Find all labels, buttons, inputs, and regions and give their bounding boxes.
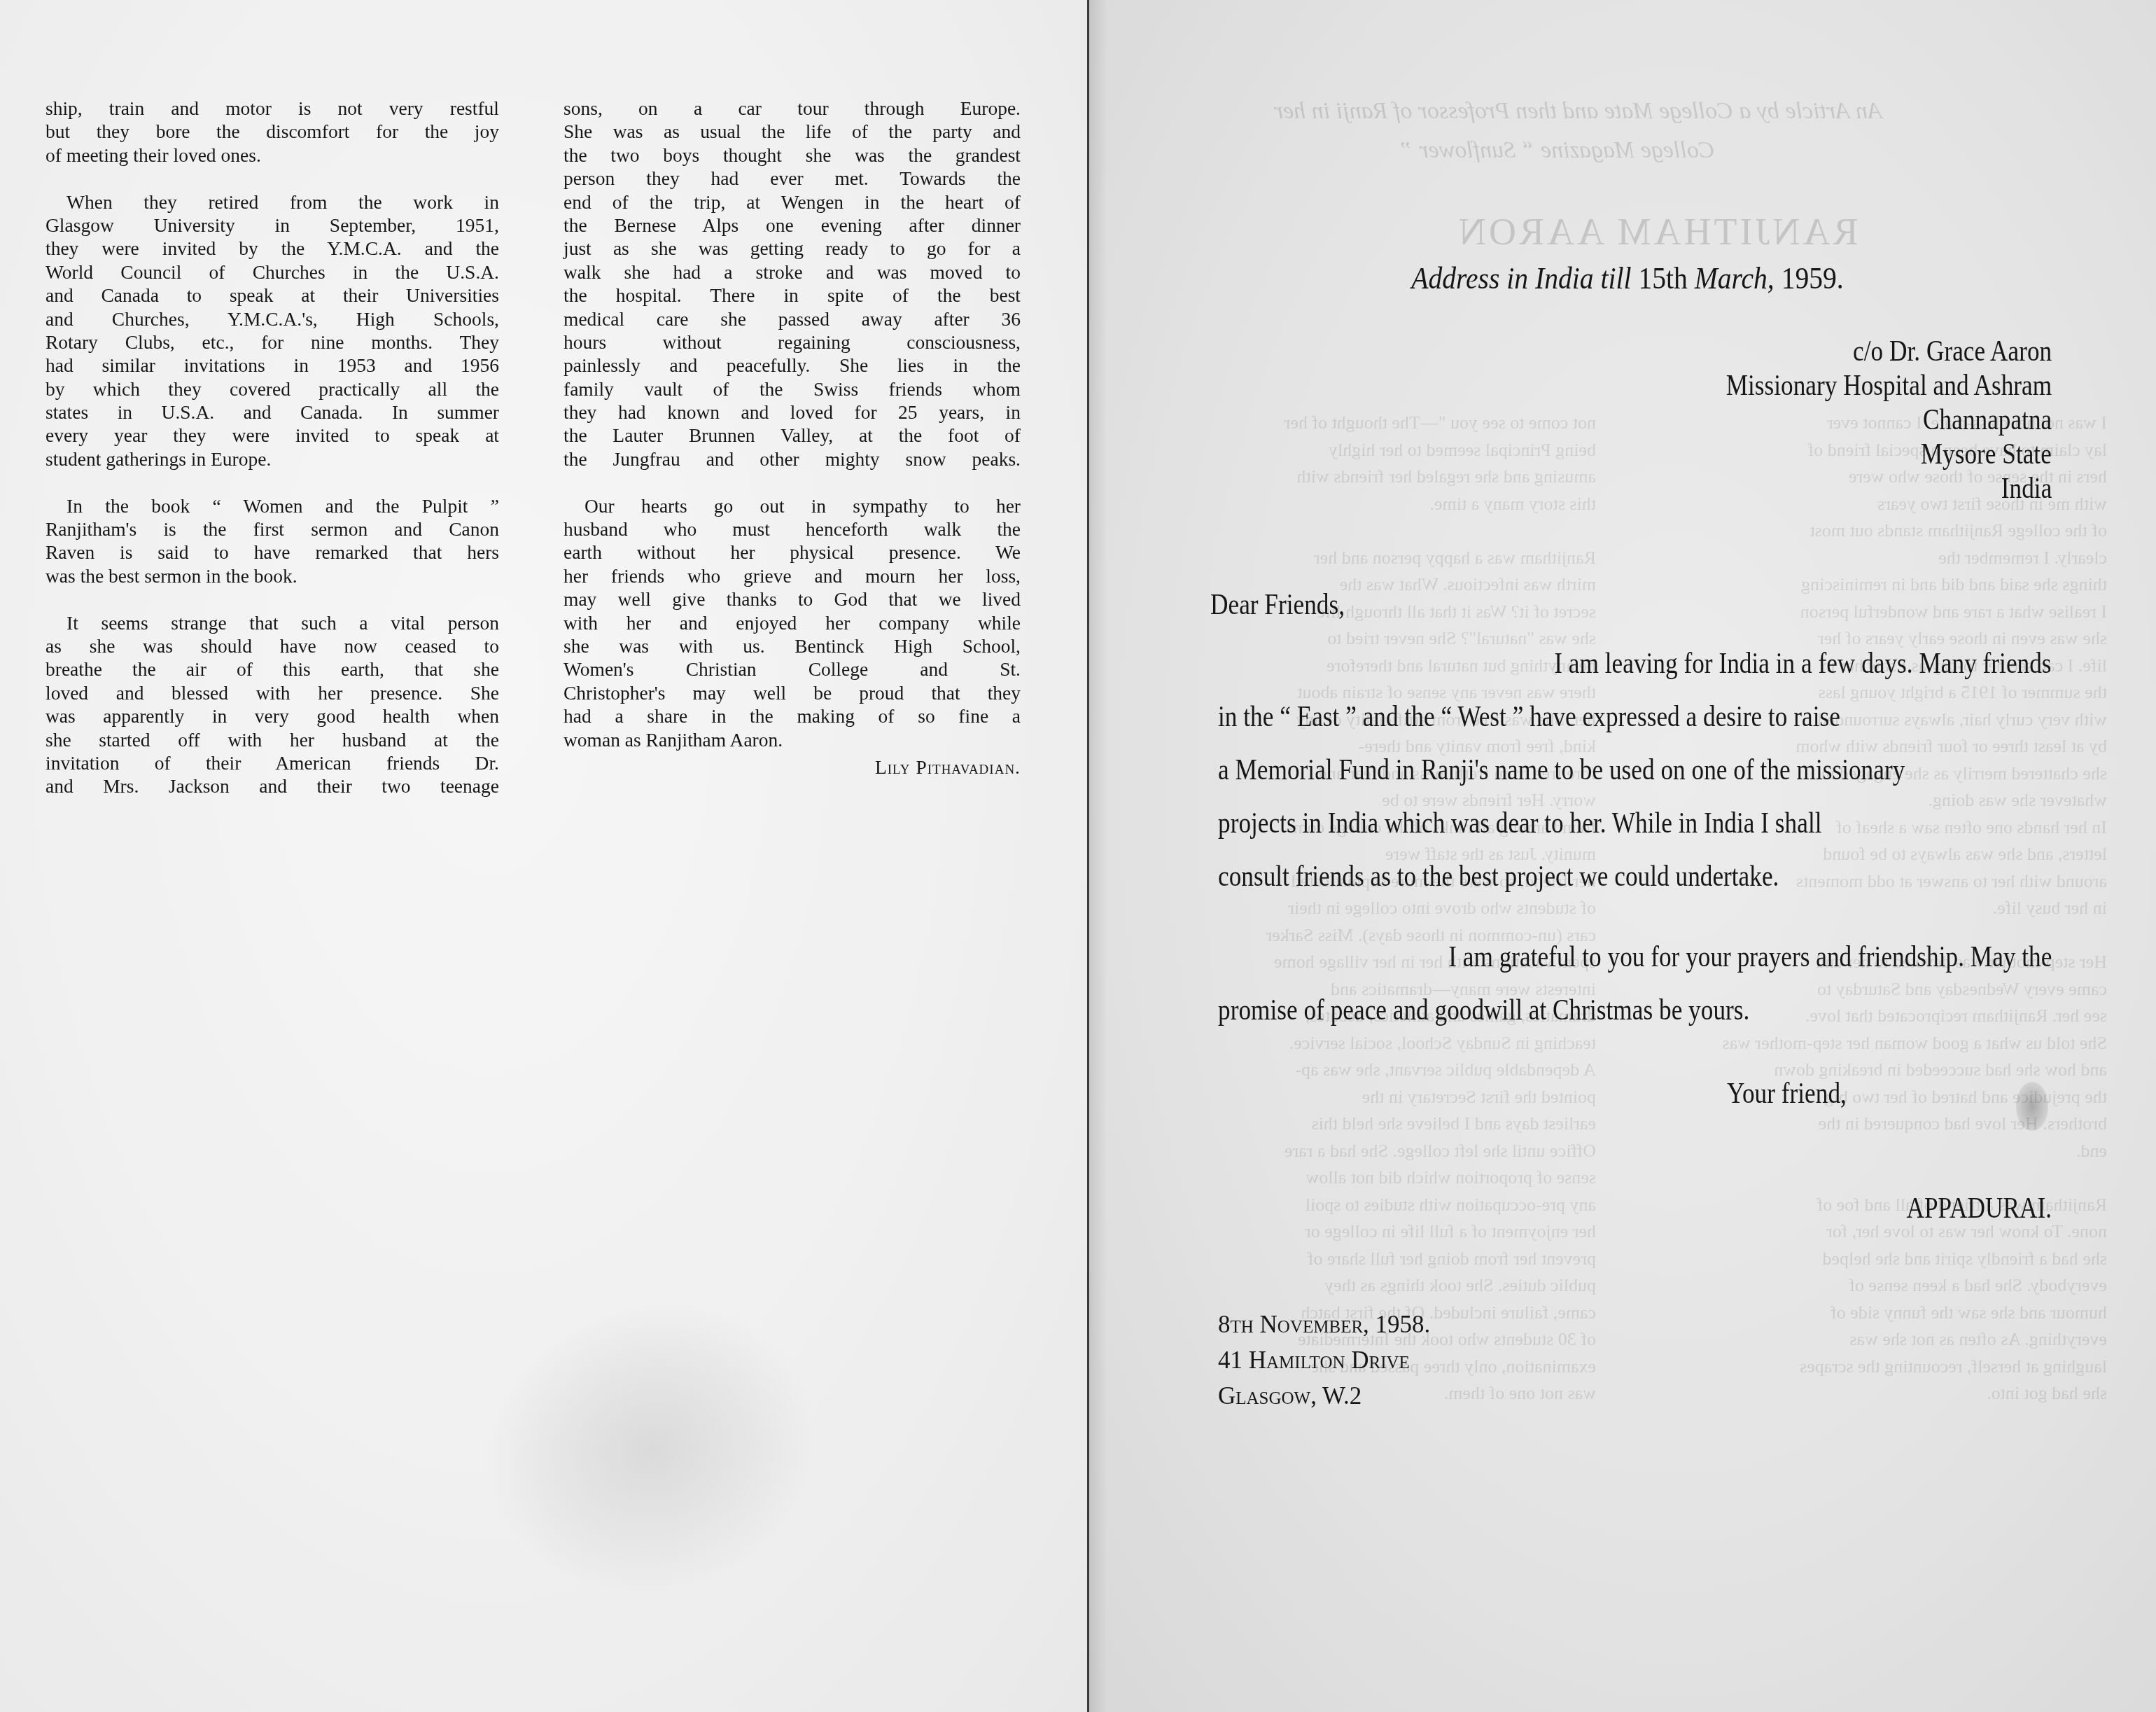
paragraph: sons, on a car tour through Europe. She … <box>563 97 1021 471</box>
text-line: and Canada to speak at their Universitie… <box>45 284 499 307</box>
text-line: was apparently in very good health when <box>45 704 499 728</box>
paragraph: ship, train and motor is not very restfu… <box>45 97 499 167</box>
text-line: had a share in the making of so fine a <box>563 704 1021 728</box>
text-line: breathe the air of this earth, that she <box>45 657 499 681</box>
letter-line: in the “ East ” and the “ West ” have ex… <box>1218 696 2052 749</box>
text-line: In the book “ Women and the Pulpit ” <box>45 494 499 517</box>
letter-line: a Memorial Fund in Ranji's name to be us… <box>1218 749 2052 802</box>
letter-gratitude: I am grateful to you for your prayers an… <box>1218 936 2052 1043</box>
letter-line-text: I am leaving for India in a few days. Ma… <box>1555 643 2052 685</box>
page-fold-shadow <box>1089 0 1107 1712</box>
text-line: Christopher's may well be proud that the… <box>563 681 1021 704</box>
letter-line: projects in India which was dear to her.… <box>1218 802 2052 856</box>
sender-city: Glasgow, W.2 <box>1218 1378 1430 1414</box>
text-line: they were invited by the Y.M.C.A. and th… <box>45 237 499 260</box>
address-line-text: Mysore State <box>1921 438 2052 472</box>
bleed-through-header-2: College Magazine “ Sunflower ” <box>1400 137 1715 164</box>
text-line: the two boys thought she was the grandes… <box>563 144 1021 167</box>
text-line: student gatherings in Europe. <box>45 447 499 471</box>
closing: Your friend, <box>1727 1077 1869 1111</box>
text-line: Women's Christian College and St. <box>563 657 1021 681</box>
letter-line: promise of peace and goodwill at Christm… <box>1218 989 2052 1043</box>
address-heading-text: Address in India till <box>1411 261 1631 295</box>
letter-line-text: promise of peace and goodwill at Christm… <box>1218 989 1749 1031</box>
text-line: states in U.S.A. and Canada. In summer <box>45 401 499 424</box>
address-line: Missionary Hospital and Ashram <box>1664 369 2052 403</box>
address-heading-month: March, <box>1695 261 1774 295</box>
signer-name: APPADURAI. <box>1879 1192 2052 1225</box>
salutation: Dear Friends, <box>1210 588 1371 622</box>
text-line: It seems strange that such a vital perso… <box>45 611 499 634</box>
address-line: India <box>1664 472 2052 506</box>
address-line-text: Channapatna <box>1923 403 2052 438</box>
text-line: and Churches, Y.M.C.A.'s, High Schools, <box>45 307 499 330</box>
left-page-column-1: ship, train and motor is not very restfu… <box>45 97 499 821</box>
salutation-text: Dear Friends, <box>1210 588 1345 622</box>
left-page-column-2: sons, on a car tour through Europe. She … <box>563 97 1021 779</box>
address-line-text: India <box>2001 472 2052 506</box>
closing-text: Your friend, <box>1727 1077 1847 1111</box>
address-heading-day: 15th <box>1638 261 1687 295</box>
text-line: had similar invitations in 1953 and 1956 <box>45 354 499 377</box>
address-line-text: c/o Dr. Grace Aaron <box>1853 335 2052 369</box>
paragraph: When they retired from the work in Glasg… <box>45 190 499 471</box>
text-line: the Jungfrau and other mighty snow peaks… <box>563 447 1021 471</box>
text-line: Raven is said to have remarked that hers <box>45 541 499 564</box>
letter-line: consult friends as to the best project w… <box>1218 856 2052 909</box>
address-line-text: Missionary Hospital and Ashram <box>1726 369 2052 403</box>
text-line: sons, on a car tour through Europe. <box>563 97 1021 120</box>
address-line: c/o Dr. Grace Aaron <box>1664 335 2052 369</box>
letter-line: I am leaving for India in a few days. Ma… <box>1218 643 2052 696</box>
letter-date: 8th November, 1958. <box>1218 1307 1430 1342</box>
text-line: the Lauter Brunnen Valley, at the foot o… <box>563 424 1021 447</box>
letter-line-text: in the “ East ” and the “ West ” have ex… <box>1218 696 1840 738</box>
text-line: She was as usual the life of the party a… <box>563 120 1021 143</box>
paragraph: Our hearts go out in sympathy to her hus… <box>563 494 1021 751</box>
text-line: may well give thanks to God that we live… <box>563 587 1021 611</box>
text-line: husband who must henceforth walk the <box>563 517 1021 541</box>
paragraph: It seems strange that such a vital perso… <box>45 611 499 798</box>
india-address-block: c/o Dr. Grace Aaron Missionary Hospital … <box>1664 335 2052 506</box>
text-line: hours without regaining consciousness, <box>563 330 1021 354</box>
text-line: painlessly and peacefully. She lies in t… <box>563 354 1021 377</box>
address-heading: Address in India till 15th March, 1959. <box>1260 260 1995 296</box>
text-line: just as she was getting ready to go for … <box>563 237 1021 260</box>
bleed-through-title: RANJITHAM AARON <box>1456 210 1858 253</box>
text-line: she started off with her husband at the <box>45 728 499 751</box>
bleed-through-header-1: An Article by a College Mate and then Pr… <box>1274 98 1882 125</box>
text-line: loved and blessed with her presence. She <box>45 681 499 704</box>
letter-line-text: I am grateful to you for your prayers an… <box>1448 936 2052 978</box>
letter-line-text: projects in India which was dear to her.… <box>1218 802 1821 844</box>
sender-address-block: 8th November, 1958. 41 Hamilton Drive Gl… <box>1218 1307 1430 1414</box>
text-line: was the best sermon in the book. <box>45 564 499 587</box>
text-line: by which they covered practically all th… <box>45 377 499 401</box>
text-line: person they had ever met. Towards the <box>563 167 1021 190</box>
text-line: every year they were invited to speak at <box>45 424 499 447</box>
text-line: World Council of Churches in the U.S.A. <box>45 260 499 284</box>
text-line: Rotary Clubs, etc., for nine months. The… <box>45 330 499 354</box>
address-line: Channapatna <box>1664 403 2052 438</box>
text-line: Ranjitham's is the first sermon and Cano… <box>45 517 499 541</box>
text-line: Glasgow University in September, 1951, <box>45 214 499 237</box>
text-line: family vault of the Swiss friends whom <box>563 377 1021 401</box>
text-line: as she was should have now ceased to <box>45 634 499 657</box>
text-line: walk she had a stroke and was moved to <box>563 260 1021 284</box>
letter-line-text: a Memorial Fund in Ranji's name to be us… <box>1218 749 1905 791</box>
paragraph: In the book “ Women and the Pulpit ” Ran… <box>45 494 499 588</box>
text-line: Our hearts go out in sympathy to her <box>563 494 1021 517</box>
letter-line: I am grateful to you for your prayers an… <box>1218 936 2052 989</box>
text-line: of meeting their loved ones. <box>45 144 499 167</box>
letter-body: I am leaving for India in a few days. Ma… <box>1218 643 2052 909</box>
author-signature: Lily Pithavadian. <box>563 756 1021 779</box>
text-line: ship, train and motor is not very restfu… <box>45 97 499 120</box>
letter-line-text: consult friends as to the best project w… <box>1218 856 1779 898</box>
text-line: the Bernese Alps one evening after dinne… <box>563 214 1021 237</box>
signer-name-text: APPADURAI. <box>1906 1192 2052 1225</box>
text-line: she was with us. Bentinck High School, <box>563 634 1021 657</box>
address-heading-year: 1959. <box>1781 261 1844 295</box>
text-line: woman as Ranjitham Aaron. <box>563 728 1021 751</box>
text-line: the hospital. There in spite of the best <box>563 284 1021 307</box>
text-line: her friends who grieve and mourn her los… <box>563 564 1021 587</box>
text-line: with her and enjoyed her company while <box>563 611 1021 634</box>
text-line: When they retired from the work in <box>45 190 499 214</box>
text-line: end of the trip, at Wengen in the heart … <box>563 190 1021 214</box>
text-line: and Mrs. Jackson and their two teenage <box>45 774 499 798</box>
sender-street: 41 Hamilton Drive <box>1218 1342 1430 1378</box>
address-line: Mysore State <box>1664 438 2052 472</box>
text-line: invitation of their American friends Dr. <box>45 751 499 774</box>
text-line: they had known and loved for 25 years, i… <box>563 401 1021 424</box>
text-line: medical care she passed away after 36 <box>563 307 1021 330</box>
text-line: but they bore the discomfort for the joy <box>45 120 499 143</box>
text-line: earth without her physical presence. We <box>563 541 1021 564</box>
